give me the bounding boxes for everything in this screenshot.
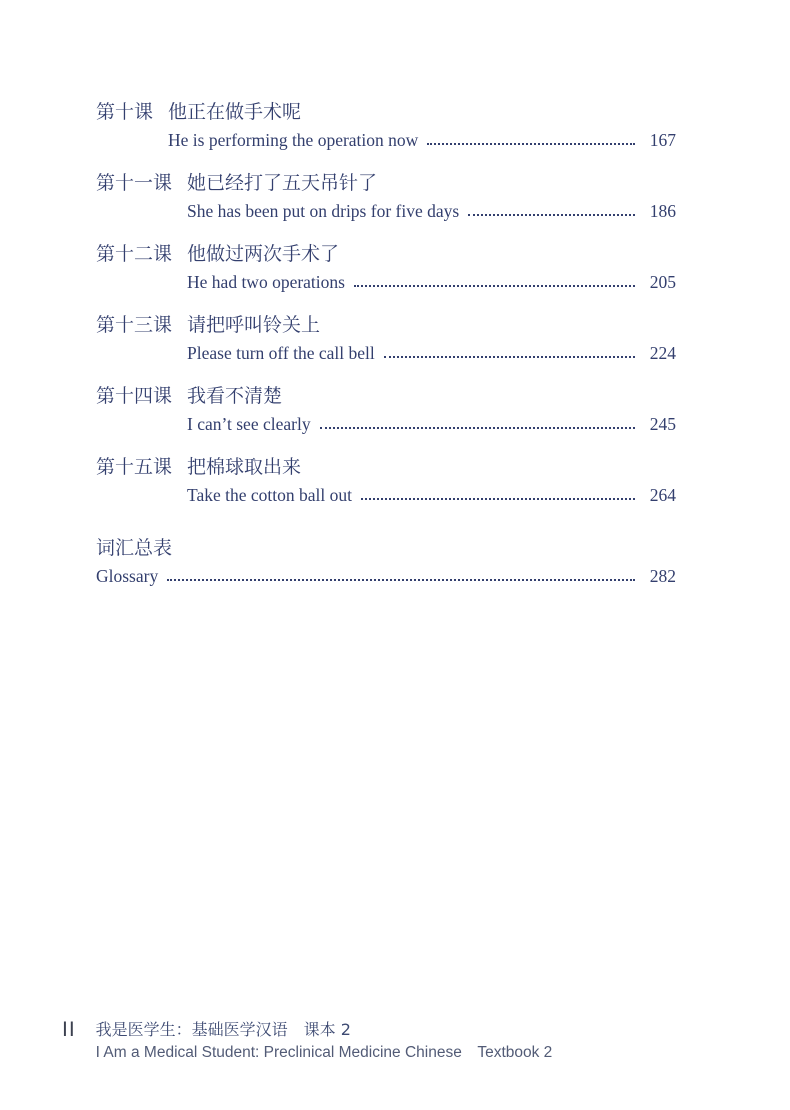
lesson-title-zh: 把棉球取出来 [187,453,676,481]
lesson-title-zh: 他做过两次手术了 [187,240,676,268]
dotted-leader [361,498,635,500]
lesson-entries: 第十课 他正在做手术呢 He is performing the operati… [96,98,676,509]
page-footer: II 我是医学生：基础医学汉语 课本 2 I Am a Medical Stud… [62,1018,694,1064]
toc-entry: 第十一课 她已经打了五天吊针了 She has been put on drip… [96,169,676,225]
glossary-title-en: Glossary [96,562,158,590]
glossary-line-en: Glossary 282 [96,562,676,590]
glossary-entry: 词汇总表 Glossary 282 [96,534,676,590]
lesson-title-en: Please turn off the call bell [187,339,375,367]
table-of-contents: 第十课 他正在做手术呢 He is performing the operati… [96,98,676,590]
lesson-title-zh: 她已经打了五天吊针了 [187,169,676,197]
folio-page-number: II [62,1018,76,1042]
lesson-line-en: I can’t see clearly 245 [187,410,676,438]
dotted-leader [468,214,635,216]
lesson-line-en: Please turn off the call bell 224 [187,339,676,367]
toc-entry: 第十二课 他做过两次手术了 He had two operations 205 [96,240,676,296]
lesson-page-number: 186 [644,197,676,225]
lesson-title-en: She has been put on drips for five days [187,197,459,225]
dotted-leader [384,356,635,358]
lesson-title-en: He had two operations [187,268,345,296]
lesson-title-en: I can’t see clearly [187,410,311,438]
dotted-leader [427,143,635,145]
toc-entry: 第十四课 我看不清楚 I can’t see clearly 245 [96,382,676,438]
glossary-page-number: 282 [644,562,676,590]
lesson-title-en: Take the cotton ball out [187,481,352,509]
lesson-label: 第十三课 [96,311,172,339]
lesson-line-en: Take the cotton ball out 264 [187,481,676,509]
lesson-page-number: 264 [644,481,676,509]
lesson-page-number: 245 [644,410,676,438]
lesson-line-en: He had two operations 205 [187,268,676,296]
lesson-title-en: He is performing the operation now [168,126,418,154]
lesson-line-en: She has been put on drips for five days … [187,197,676,225]
footer-book-title: 我是医学生：基础医学汉语 课本 2 I Am a Medical Student… [96,1018,553,1064]
dotted-leader [320,427,635,429]
toc-entry: 第十课 他正在做手术呢 He is performing the operati… [96,98,676,154]
lesson-title-zh: 我看不清楚 [187,382,676,410]
book-title-zh: 我是医学生：基础医学汉语 课本 2 [96,1018,553,1042]
lesson-title-zh: 他正在做手术呢 [168,98,676,126]
toc-entry: 第十五课 把棉球取出来 Take the cotton ball out 264 [96,453,676,509]
lesson-label: 第十二课 [96,240,172,268]
lesson-line-en: He is performing the operation now 167 [168,126,676,154]
lesson-label: 第十课 [96,98,153,126]
glossary-title-zh: 词汇总表 [96,534,676,562]
lesson-page-number: 205 [644,268,676,296]
dotted-leader [167,579,635,581]
lesson-label: 第十四课 [96,382,172,410]
lesson-page-number: 224 [644,339,676,367]
dotted-leader [354,285,635,287]
lesson-page-number: 167 [644,126,676,154]
toc-entry: 第十三课 请把呼叫铃关上 Please turn off the call be… [96,311,676,367]
lesson-label: 第十一课 [96,169,172,197]
lesson-title-zh: 请把呼叫铃关上 [187,311,676,339]
book-title-en: I Am a Medical Student: Preclinical Medi… [96,1042,553,1064]
lesson-label: 第十五课 [96,453,172,481]
toc-page: 第十课 他正在做手术呢 He is performing the operati… [0,0,790,1110]
